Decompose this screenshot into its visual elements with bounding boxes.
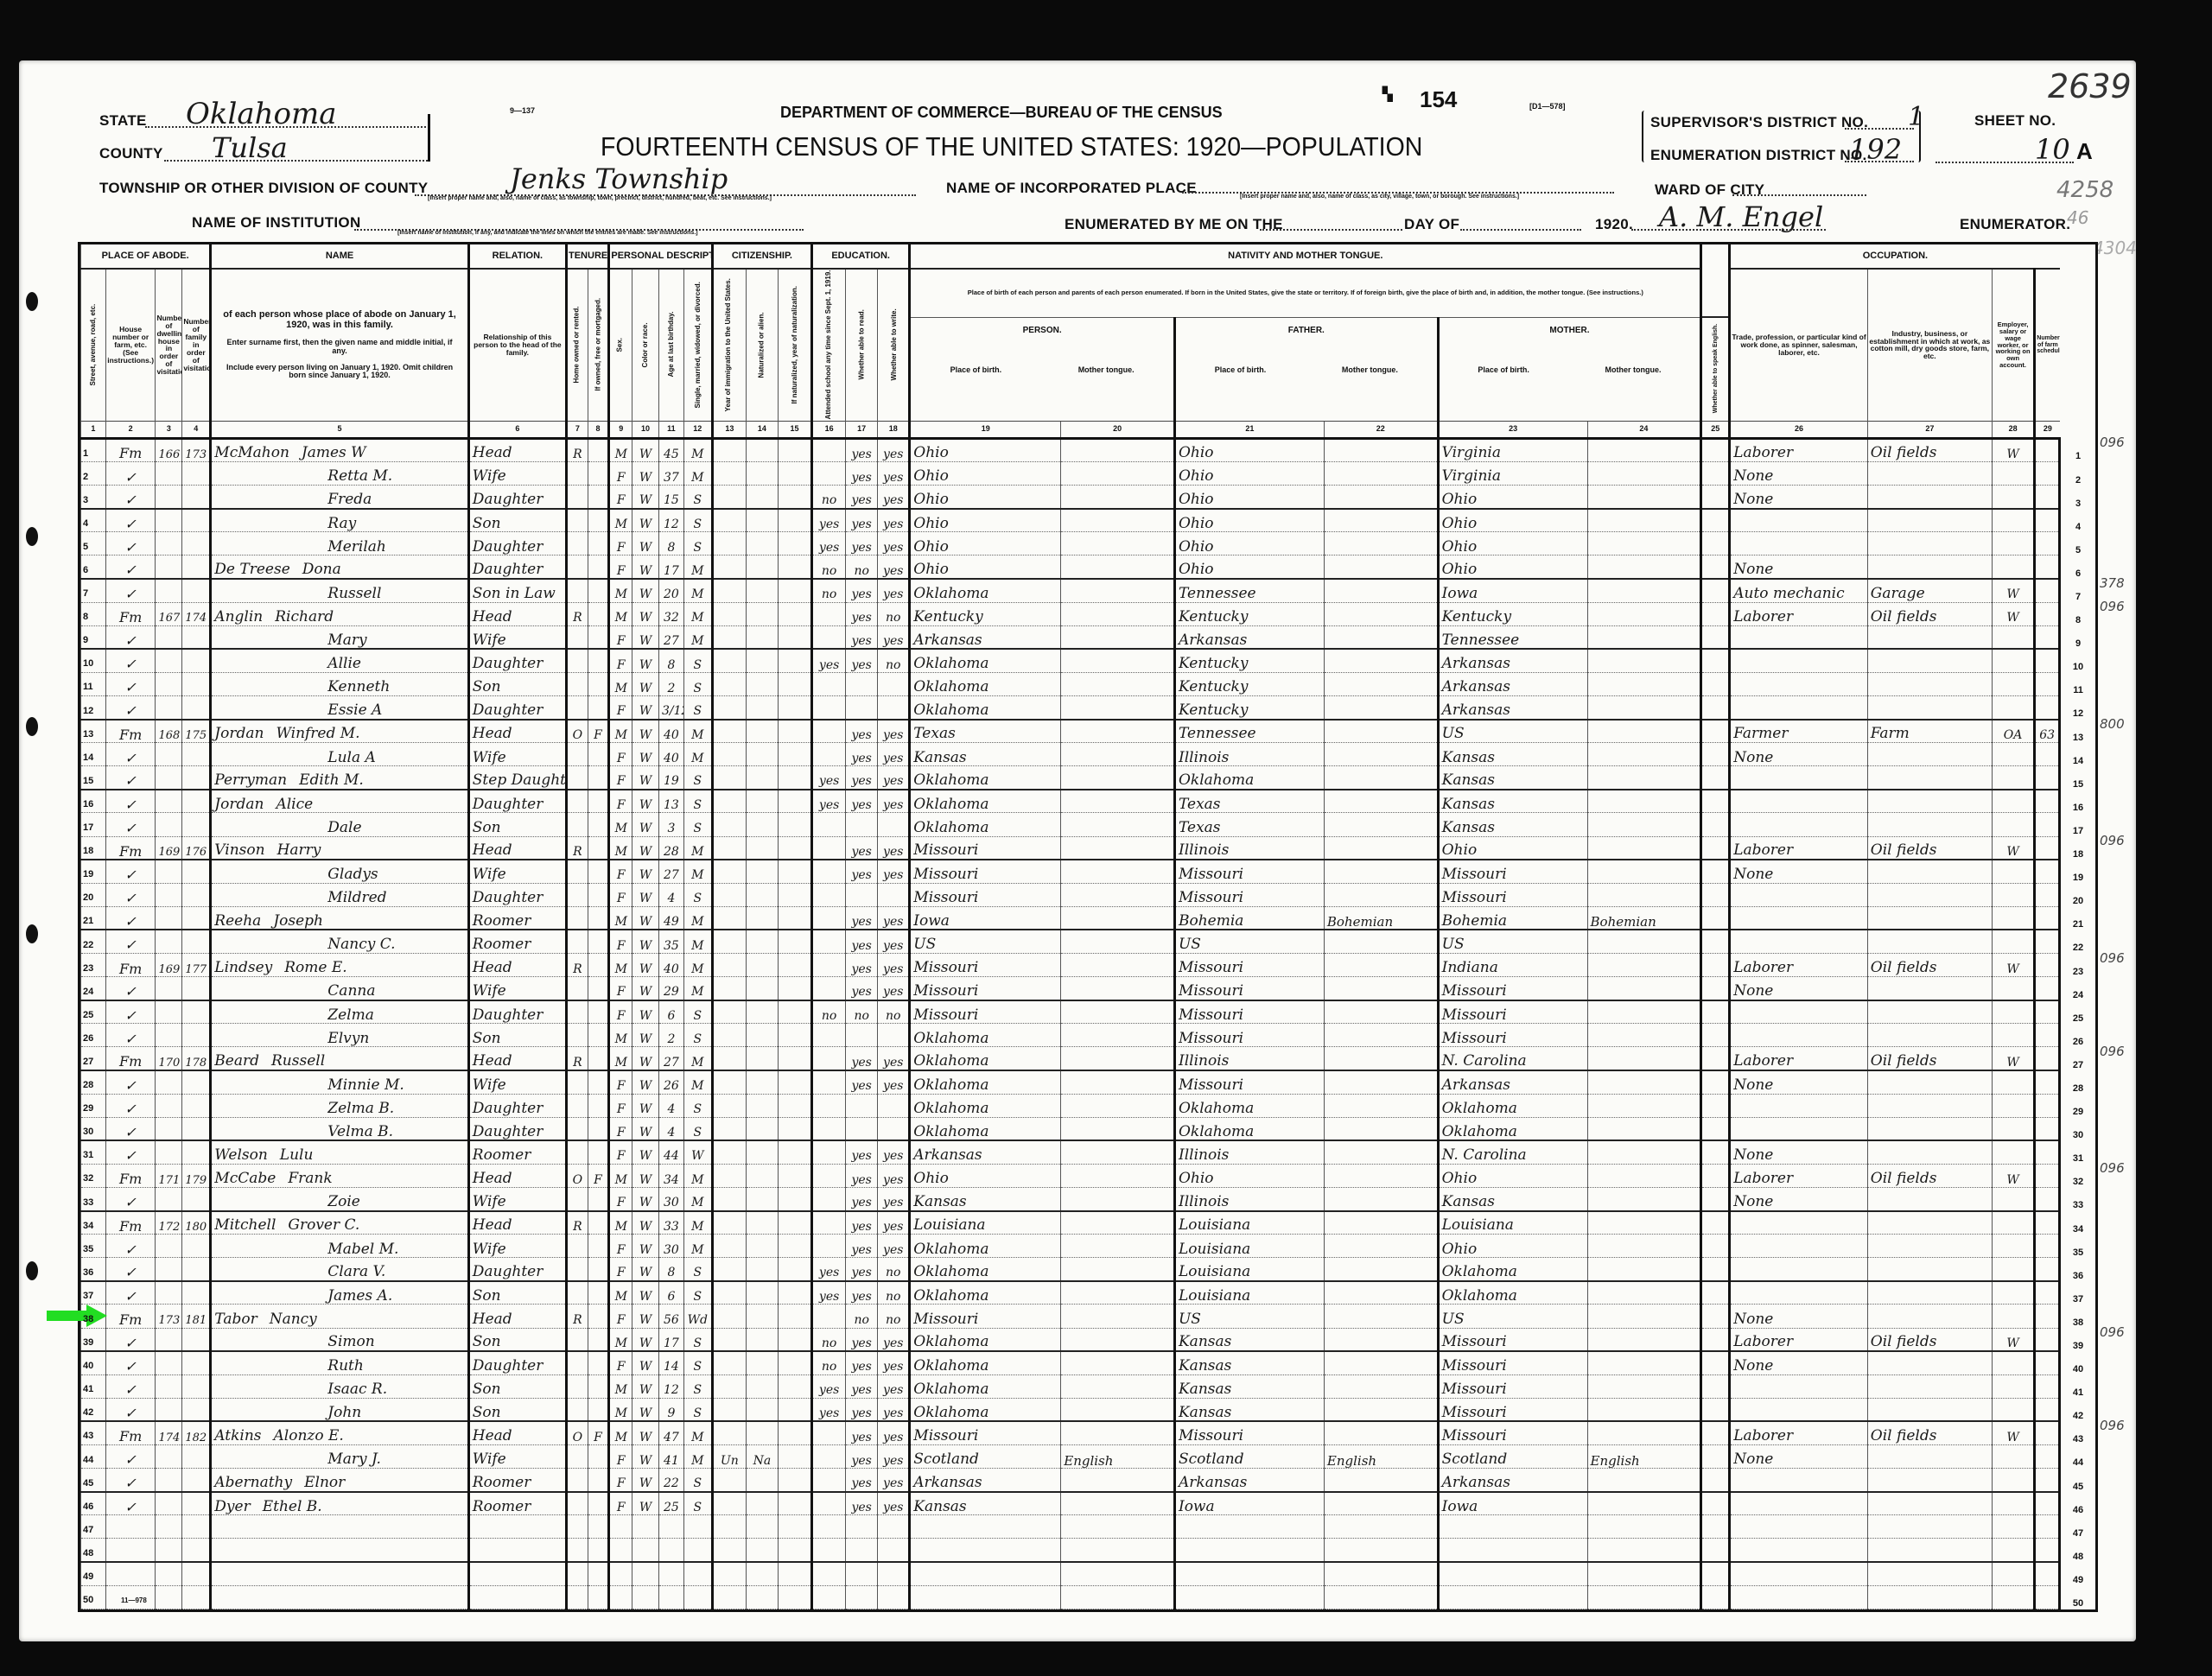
- naturalized: [746, 1235, 778, 1258]
- abode-house: [105, 1539, 156, 1562]
- mother-birthplace: Missouri: [1438, 1398, 1587, 1421]
- farm-schedule: [2035, 649, 2060, 672]
- person-name: Ruth: [211, 1351, 468, 1374]
- employer-class: W: [1992, 836, 2034, 860]
- employer-class: [1992, 672, 2034, 695]
- line-number: 34: [2060, 1211, 2095, 1235]
- birthplace: Oklahoma: [910, 579, 1061, 602]
- attended-school: yes: [812, 509, 846, 532]
- marital-status: S: [683, 1117, 712, 1140]
- father-birthplace: Missouri: [1174, 1024, 1324, 1047]
- highlight-arrow-icon: [47, 1305, 107, 1327]
- trade: [1730, 649, 1868, 672]
- occupation-code: 096: [2100, 435, 2125, 450]
- industry: [1867, 1187, 1992, 1210]
- attended-school: [812, 462, 846, 486]
- person-name: [211, 1562, 468, 1585]
- sex: F: [609, 743, 632, 766]
- can-read: yes: [846, 1398, 878, 1421]
- immigration-year: [712, 1211, 746, 1235]
- mother-tongue-mother: [1587, 790, 1701, 813]
- race: W: [632, 602, 659, 625]
- person-name: [211, 1585, 468, 1609]
- can-write: yes: [878, 462, 910, 486]
- sex: M: [609, 1398, 632, 1421]
- given-name: Lulu: [280, 1146, 314, 1164]
- age: 37: [659, 462, 684, 486]
- birthplace: Missouri: [910, 954, 1061, 977]
- group-nativity: NATIVITY AND MOTHER TONGUE.: [910, 244, 1701, 269]
- line-number-left: 41: [83, 1384, 93, 1394]
- line-number: 4: [2060, 509, 2095, 532]
- age: 49: [659, 906, 684, 930]
- industry: [1867, 1351, 1992, 1374]
- naturalization-year: [778, 438, 811, 461]
- race: W: [632, 766, 659, 790]
- home-owned: [567, 1515, 588, 1539]
- occupation-code: 800: [2100, 716, 2125, 732]
- given-name: Joseph: [273, 912, 323, 930]
- relation: Son: [468, 1328, 566, 1351]
- relation: Daughter: [468, 695, 566, 719]
- relation: Roomer: [468, 1469, 566, 1492]
- mother-birthplace: Ohio: [1438, 1164, 1587, 1187]
- line-number-left: 19: [83, 869, 93, 879]
- home-owned: [567, 579, 588, 602]
- naturalized: [746, 977, 778, 1000]
- father-birthplace: Oklahoma: [1174, 766, 1324, 790]
- age: 8: [659, 649, 684, 672]
- sex: M: [609, 1281, 632, 1305]
- father-birthplace: Oklahoma: [1174, 1094, 1324, 1117]
- mother-tongue-mother: [1587, 438, 1701, 461]
- can-write: yes: [878, 1398, 910, 1421]
- naturalization-year: [778, 813, 811, 836]
- relation: Daughter: [468, 1351, 566, 1374]
- employer-class: [1992, 1235, 2034, 1258]
- mother-tongue-mother: [1587, 883, 1701, 906]
- abode-house: ✓: [105, 1469, 156, 1492]
- naturalized: [746, 555, 778, 579]
- marital-status: M: [683, 438, 712, 461]
- birthplace: Oklahoma: [910, 1070, 1061, 1094]
- father-birthplace: Ohio: [1174, 509, 1324, 532]
- mother-label: MOTHER.: [1440, 327, 1700, 336]
- abode-house: ✓: [105, 977, 156, 1000]
- naturalization-year: [778, 790, 811, 813]
- mother-birthplace: Kansas: [1438, 813, 1587, 836]
- relation: Daughter: [468, 1117, 566, 1140]
- col-desc: Industry, business, or establishment in …: [1867, 269, 1992, 421]
- mother-birthplace: Oklahoma: [1438, 1117, 1587, 1140]
- mortgaged: [588, 1187, 609, 1210]
- mother-tongue-mother: [1587, 930, 1701, 953]
- relation: Head: [468, 602, 566, 625]
- line-number-left: 23: [83, 963, 93, 974]
- mother-tongue: [1061, 720, 1175, 743]
- mother-tongue: [1061, 462, 1175, 486]
- farm-schedule: [2035, 1374, 2060, 1398]
- column-number: 25: [1701, 421, 1730, 438]
- naturalization-year: [778, 1281, 811, 1305]
- industry: Oil fields: [1867, 602, 1992, 625]
- attended-school: [812, 1585, 846, 1609]
- mother-tongue-mother: English: [1587, 1444, 1701, 1468]
- table-row: Fm172180MitchellGrover C.HeadRMW33Myesye…: [81, 1211, 2096, 1235]
- can-read: [846, 1094, 878, 1117]
- farm-schedule: [2035, 954, 2060, 977]
- can-write: yes: [878, 1070, 910, 1094]
- line-number: 17: [2060, 813, 2095, 836]
- abode-house: ✓: [105, 1117, 156, 1140]
- age: 6: [659, 1281, 684, 1305]
- abode-dwelling: 169: [156, 954, 182, 977]
- attended-school: no: [812, 579, 846, 602]
- home-owned: [567, 1070, 588, 1094]
- can-write: yes: [878, 1140, 910, 1164]
- abode-house: ✓: [105, 649, 156, 672]
- line-number: 1: [2060, 438, 2095, 461]
- marital-status: [683, 1562, 712, 1585]
- naturalized: [746, 532, 778, 555]
- line-number: 28: [2060, 1070, 2095, 1094]
- father-tongue: [1324, 462, 1438, 486]
- race: W: [632, 1492, 659, 1515]
- birthplace: Ohio: [910, 1164, 1061, 1187]
- state-label: STATE: [99, 112, 147, 130]
- name-desc-b: Enter surname first, then the given name…: [220, 339, 458, 355]
- mother-birthplace: Virginia: [1438, 462, 1587, 486]
- col-desc: Sex.: [609, 269, 632, 421]
- marital-status: M: [683, 579, 712, 602]
- person-name: Retta M.: [211, 462, 468, 486]
- employer-class: [1992, 766, 2034, 790]
- abode-family: 175: [182, 720, 211, 743]
- line-number: 33: [2060, 1187, 2095, 1210]
- speaks-english: [1701, 1164, 1730, 1187]
- trade: None: [1730, 486, 1868, 509]
- farm-schedule: [2035, 1421, 2060, 1444]
- marital-status: M: [683, 1421, 712, 1444]
- can-write: yes: [878, 579, 910, 602]
- can-read: yes: [846, 1187, 878, 1210]
- relation: Wife: [468, 1444, 566, 1468]
- industry: [1867, 1515, 1992, 1539]
- immigration-year: [712, 1140, 746, 1164]
- abode-dwelling: [156, 555, 182, 579]
- naturalized: [746, 1305, 778, 1328]
- naturalized: [746, 766, 778, 790]
- mother-birthplace: Kansas: [1438, 766, 1587, 790]
- can-read: yes: [846, 462, 878, 486]
- farm-schedule: [2035, 1539, 2060, 1562]
- speaks-english: [1701, 1140, 1730, 1164]
- mother-tongue: [1061, 1281, 1175, 1305]
- abode-house: Fm: [105, 1211, 156, 1235]
- immigration-year: [712, 790, 746, 813]
- can-write: [878, 1515, 910, 1539]
- father-birthplace: [1174, 1539, 1324, 1562]
- speaks-english: [1701, 1211, 1730, 1235]
- industry: [1867, 977, 1992, 1000]
- mother-tongue: [1061, 1117, 1175, 1140]
- abode-dwelling: [156, 1258, 182, 1281]
- surname: Dyer: [214, 1498, 250, 1515]
- farm-schedule: [2035, 1187, 2060, 1210]
- trade: None: [1730, 1070, 1868, 1094]
- abode-family: 177: [182, 954, 211, 977]
- farm-schedule: [2035, 1515, 2060, 1539]
- race: W: [632, 836, 659, 860]
- industry: Farm: [1867, 720, 1992, 743]
- sex: F: [609, 766, 632, 790]
- mother-tongue-mother: [1587, 532, 1701, 555]
- line-number-left: 29: [83, 1103, 93, 1114]
- can-read: yes: [846, 1328, 878, 1351]
- can-write: yes: [878, 743, 910, 766]
- mother-birthplace: Missouri: [1438, 1000, 1587, 1024]
- abode-family: [182, 625, 211, 649]
- naturalization-year: [778, 532, 811, 555]
- can-write: no: [878, 602, 910, 625]
- home-owned: [567, 906, 588, 930]
- given-name: Frank: [288, 1170, 332, 1187]
- immigration-year: Un: [712, 1444, 746, 1468]
- relation: Wife: [468, 743, 566, 766]
- can-read: yes: [846, 1258, 878, 1281]
- industry: [1867, 766, 1992, 790]
- can-write: yes: [878, 766, 910, 790]
- sex: M: [609, 906, 632, 930]
- line-number: 22: [2060, 930, 2095, 953]
- naturalized: [746, 1164, 778, 1187]
- employer-class: W: [1992, 579, 2034, 602]
- township-label: TOWNSHIP OR OTHER DIVISION OF COUNTY: [99, 180, 428, 197]
- birthplace: Missouri: [910, 977, 1061, 1000]
- home-owned: O: [567, 1164, 588, 1187]
- abode-family: [182, 766, 211, 790]
- industry: [1867, 555, 1992, 579]
- naturalized: [746, 1328, 778, 1351]
- race: W: [632, 1094, 659, 1117]
- marital-status: M: [683, 954, 712, 977]
- mortgaged: [588, 836, 609, 860]
- naturalized: [746, 1094, 778, 1117]
- table-row: Fm168175JordanWinfred M.HeadOFMW40Myesye…: [81, 720, 2096, 743]
- line-number: 3: [2060, 486, 2095, 509]
- can-write: [878, 1585, 910, 1609]
- abode-family: [182, 1094, 211, 1117]
- father-birthplace: US: [1174, 930, 1324, 953]
- home-owned: [567, 532, 588, 555]
- mother-birthplace: Ohio: [1438, 509, 1587, 532]
- employer-class: OA: [1992, 720, 2034, 743]
- relation: Son: [468, 672, 566, 695]
- trade: [1730, 1024, 1868, 1047]
- given-name: Nancy C.: [327, 936, 395, 953]
- margin-note: 46: [2067, 207, 2088, 228]
- employer-class: [1992, 695, 2034, 719]
- father-tongue: [1324, 1492, 1438, 1515]
- abode-dwelling: [156, 1024, 182, 1047]
- abode-house: Fm: [105, 438, 156, 461]
- farm-schedule: [2035, 1117, 2060, 1140]
- mother-tongue: [1061, 906, 1175, 930]
- race: [632, 1585, 659, 1609]
- naturalization-year: [778, 672, 811, 695]
- speaks-english: [1701, 1281, 1730, 1305]
- given-name: Kenneth: [327, 678, 390, 695]
- marital-status: M: [683, 602, 712, 625]
- marital-status: S: [683, 695, 712, 719]
- mother-tongue-mother: [1587, 1305, 1701, 1328]
- sex: M: [609, 1164, 632, 1187]
- can-write: yes: [878, 1187, 910, 1210]
- industry: [1867, 1585, 1992, 1609]
- binder-hole: [26, 1261, 38, 1280]
- father-tongue: [1324, 1024, 1438, 1047]
- column-number: 19: [910, 421, 1061, 438]
- given-name: Canna: [327, 982, 375, 1000]
- col-desc: Employer, salary or wage worker, or work…: [1992, 269, 2034, 421]
- father-tongue: [1324, 1585, 1438, 1609]
- mortgaged: [588, 695, 609, 719]
- mortgaged: [588, 1024, 609, 1047]
- given-name: Mary J.: [327, 1451, 381, 1468]
- abode-family: 180: [182, 1211, 211, 1235]
- mother-birthplace: Arkansas: [1438, 1070, 1587, 1094]
- given-name: Zelma: [327, 1006, 374, 1024]
- line-number-left: 16: [83, 799, 93, 809]
- sex: F: [609, 1117, 632, 1140]
- industry: [1867, 1235, 1992, 1258]
- line-number-left: 50: [83, 1595, 93, 1605]
- employer-class: [1992, 790, 2034, 813]
- farm-schedule: [2035, 1281, 2060, 1305]
- father-birthplace: Illinois: [1174, 1187, 1324, 1210]
- abode-dwelling: 168: [156, 720, 182, 743]
- abode-house: ✓: [105, 860, 156, 883]
- naturalization-year: [778, 1444, 811, 1468]
- attended-school: [812, 1515, 846, 1539]
- father-birthplace: Iowa: [1174, 1492, 1324, 1515]
- abode-family: 178: [182, 1047, 211, 1070]
- employer-class: [1992, 462, 2034, 486]
- mother-birthplace: Ohio: [1438, 1235, 1587, 1258]
- industry: [1867, 1469, 1992, 1492]
- person-name: Mary: [211, 625, 468, 649]
- trade: [1730, 1374, 1868, 1398]
- abode-family: [182, 1328, 211, 1351]
- abode-family: [182, 486, 211, 509]
- abode-house: Fm: [105, 1164, 156, 1187]
- given-name: Elnor: [304, 1474, 345, 1491]
- column-number: 9: [609, 421, 632, 438]
- can-write: yes: [878, 790, 910, 813]
- mother-birthplace: Arkansas: [1438, 672, 1587, 695]
- attended-school: [812, 1469, 846, 1492]
- father-tongue: [1324, 509, 1438, 532]
- naturalization-year: [778, 954, 811, 977]
- trade: [1730, 813, 1868, 836]
- age: 4: [659, 1094, 684, 1117]
- marital-status: M: [683, 860, 712, 883]
- surname: Perryman: [214, 771, 287, 789]
- age: 3: [659, 813, 684, 836]
- father-birthplace: Ohio: [1174, 462, 1324, 486]
- can-write: yes: [878, 1235, 910, 1258]
- line-number: 43: [2060, 1421, 2095, 1444]
- naturalized: [746, 1585, 778, 1609]
- mother-tongue-mother: [1587, 954, 1701, 977]
- sex: M: [609, 1328, 632, 1351]
- naturalization-year: [778, 625, 811, 649]
- abode-family: [182, 1515, 211, 1539]
- race: W: [632, 1374, 659, 1398]
- father-tongue: [1324, 1328, 1438, 1351]
- relation: Wife: [468, 1070, 566, 1094]
- sex: F: [609, 555, 632, 579]
- abode-house: Fm: [105, 836, 156, 860]
- column-number: 29: [2035, 421, 2060, 438]
- table-row: ✓ZelmaDaughterFW6SnononoMissouriMissouri…: [81, 1000, 2096, 1024]
- group-citizenship: CITIZENSHIP.: [712, 244, 811, 269]
- abode-house: ✓: [105, 695, 156, 719]
- speaks-english: [1701, 1398, 1730, 1421]
- line-number-left: 28: [83, 1080, 93, 1090]
- father-birthplace: Kentucky: [1174, 695, 1324, 719]
- trade: Laborer: [1730, 602, 1868, 625]
- line-number-left: 48: [83, 1548, 93, 1559]
- person-name: Freda: [211, 486, 468, 509]
- mother-birthplace: Kansas: [1438, 743, 1587, 766]
- can-read: yes: [846, 1469, 878, 1492]
- person-name: AbernathyElnor: [211, 1469, 468, 1492]
- mortgaged: [588, 1562, 609, 1585]
- mortgaged: F: [588, 1164, 609, 1187]
- table-row: ✓ReehaJosephRoomerMW49MyesyesIowaBohemia…: [81, 906, 2096, 930]
- col-desc: Street, avenue, road, etc.: [81, 269, 106, 421]
- father-tongue: [1324, 1562, 1438, 1585]
- table-row: ✓ElvynSonMW2SOklahomaMissouriMissouri26: [81, 1024, 2096, 1047]
- given-name: Velma B.: [327, 1123, 393, 1140]
- farm-schedule: 63: [2035, 720, 2060, 743]
- line-number: 30: [2060, 1117, 2095, 1140]
- home-owned: [567, 1585, 588, 1609]
- table-row: 48: [81, 1539, 2096, 1562]
- father-birthplace: US: [1174, 1305, 1324, 1328]
- relation: Wife: [468, 1235, 566, 1258]
- home-owned: [567, 766, 588, 790]
- supervisor-label: SUPERVISOR'S DISTRICT NO.: [1650, 114, 1868, 131]
- father-birthplace: Arkansas: [1174, 625, 1324, 649]
- person-name: Dale: [211, 813, 468, 836]
- age: 8: [659, 1258, 684, 1281]
- birthplace: [910, 1585, 1061, 1609]
- speaks-english: [1701, 790, 1730, 813]
- sheet-side: A: [2076, 138, 2093, 165]
- line-number: 12: [2060, 695, 2095, 719]
- home-owned: [567, 1562, 588, 1585]
- line-number-left: 38: [83, 1314, 93, 1324]
- birthplace: [910, 1562, 1061, 1585]
- father-tongue: [1324, 813, 1438, 836]
- margin-note: 2639: [2048, 67, 2132, 105]
- mother-tongue: [1061, 883, 1175, 906]
- col-desc: Color or race.: [632, 269, 659, 421]
- industry: Oil fields: [1867, 836, 1992, 860]
- table-row: ✓AbernathyElnorRoomerFW22SyesyesArkansas…: [81, 1469, 2096, 1492]
